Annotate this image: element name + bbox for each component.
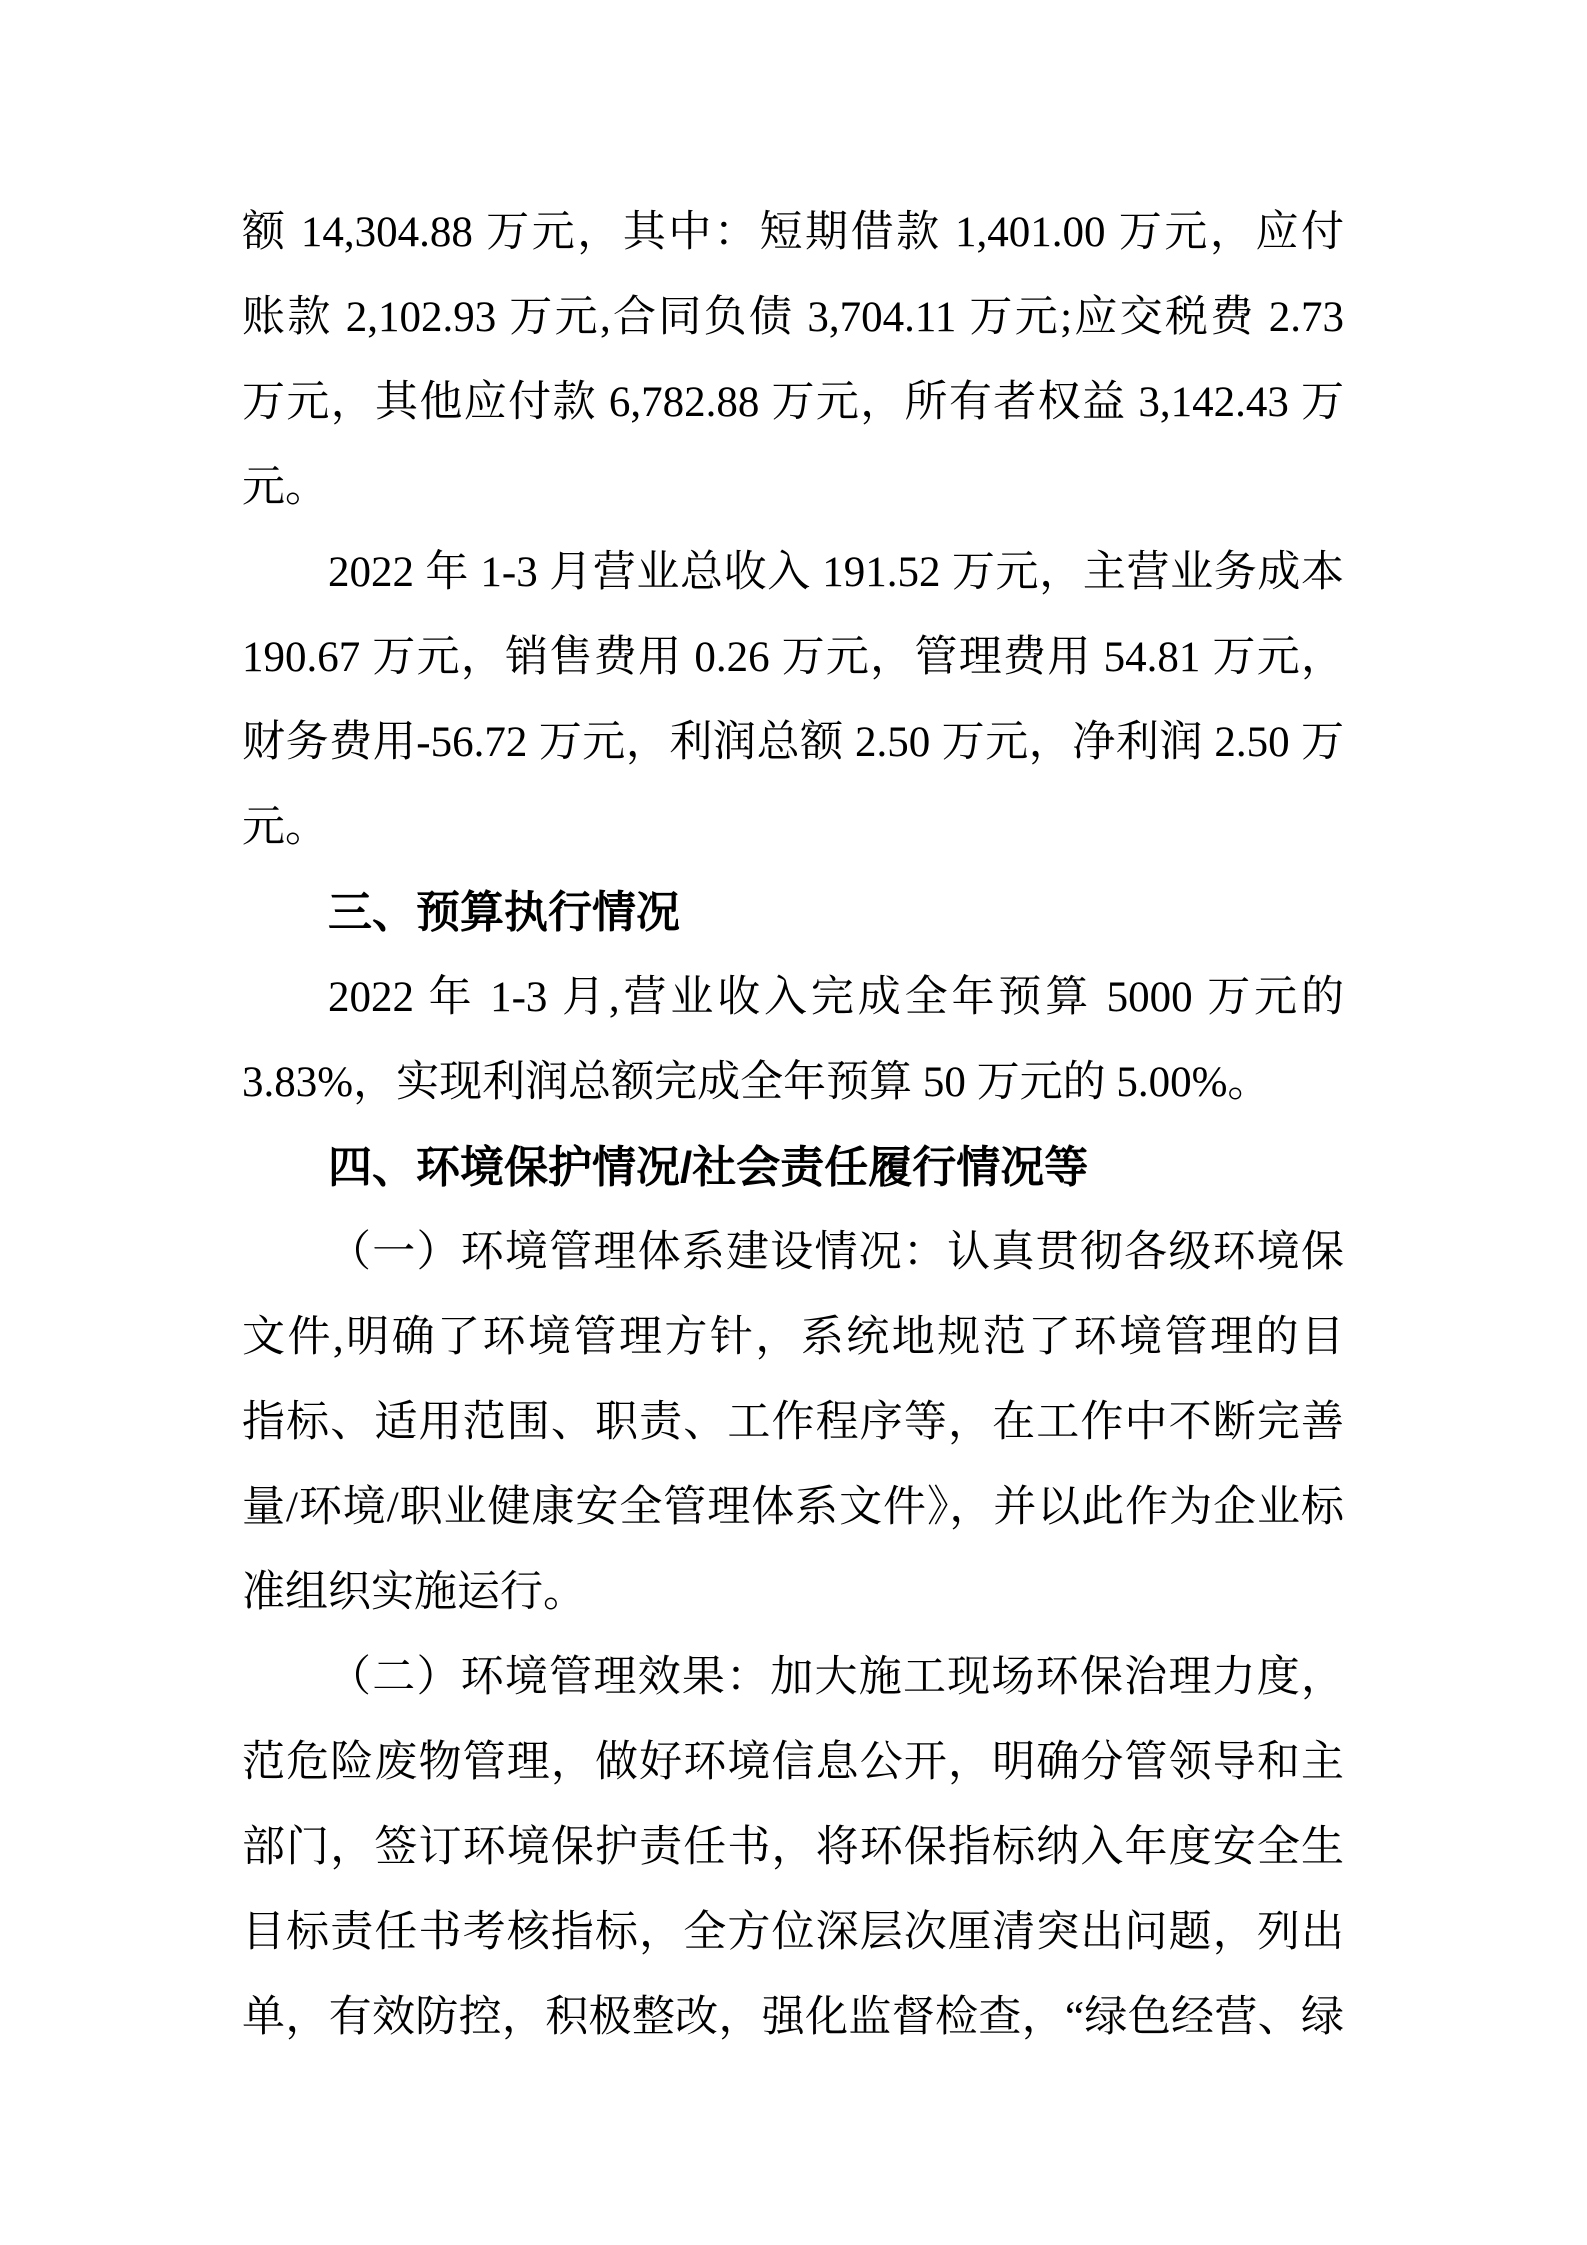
text-line: 3.83%，实现利润总额完成全年预算 50 万元的 5.00%。	[242, 1040, 1344, 1125]
text-line: 万元，其他应付款 6,782.88 万元，所有者权益 3,142.43 万	[242, 360, 1344, 445]
text-line: 190.67 万元，销售费用 0.26 万元，管理费用 54.81 万元，	[242, 615, 1344, 700]
text-line: 额 14,304.88 万元，其中：短期借款 1,401.00 万元，应付	[242, 190, 1344, 275]
text-line: 文件,明确了环境管理方针，系统地规范了环境管理的目标、	[242, 1295, 1344, 1380]
text-line: 元。	[242, 785, 1344, 870]
text-line: 单，有效防控，积极整改，强化监督检查，“绿色经营、绿	[242, 1975, 1344, 2060]
text-line: 目标责任书考核指标，全方位深层次厘清突出问题，列出清	[242, 1890, 1344, 1975]
heading-line: 三、预算执行情况	[242, 870, 1344, 955]
document-page: 额 14,304.88 万元，其中：短期借款 1,401.00 万元，应付账款 …	[0, 0, 1587, 2245]
text-line: 量/环境/职业健康安全管理体系文件》，并以此作为企业标	[242, 1465, 1344, 1550]
text-line: 2022 年 1-3 月,营业收入完成全年预算 5000 万元的	[242, 955, 1344, 1040]
text-line: 指标、适用范围、职责、工作程序等，在工作中不断完善《质	[242, 1380, 1344, 1465]
text-line: （一）环境管理体系建设情况：认真贯彻各级环境保护	[242, 1210, 1344, 1295]
text-line: 元。	[242, 445, 1344, 530]
text-line: 2022 年 1-3 月营业总收入 191.52 万元，主营业务成本	[242, 530, 1344, 615]
text-line: （二）环境管理效果：加大施工现场环保治理力度，规	[242, 1635, 1344, 1720]
text-line: 范危险废物管理，做好环境信息公开，明确分管领导和主责	[242, 1720, 1344, 1805]
document-content: 额 14,304.88 万元，其中：短期借款 1,401.00 万元，应付账款 …	[242, 190, 1344, 2060]
text-line: 准组织实施运行。	[242, 1550, 1344, 1635]
heading-line: 四、环境保护情况/社会责任履行情况等	[242, 1125, 1344, 1210]
text-line: 财务费用-56.72 万元，利润总额 2.50 万元，净利润 2.50 万	[242, 700, 1344, 785]
text-line: 部门，签订环境保护责任书，将环保指标纳入年度安全生产	[242, 1805, 1344, 1890]
text-line: 账款 2,102.93 万元,合同负债 3,704.11 万元;应交税费 2.7…	[242, 275, 1344, 360]
